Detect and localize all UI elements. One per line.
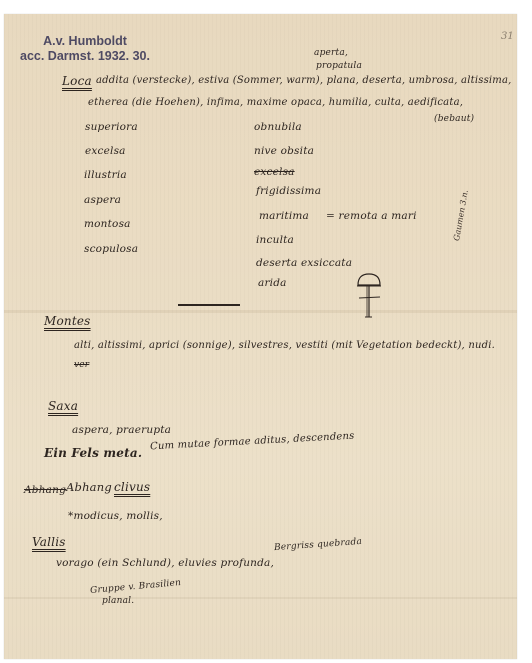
vallis-note-below-1: Gruppe v. Brasilien (90, 578, 182, 596)
heading-ein-fels: Ein Fels meta. (44, 446, 142, 460)
abhang-line-1: *modicus, mollis, (68, 510, 163, 522)
insert-propatula: propatula (316, 61, 362, 71)
loca-line-1: addita (verstecke), estiva (Sommer, warm… (96, 75, 512, 86)
section-divider (178, 304, 240, 306)
montes-line-1: alti, altissimi, aprici (sonnige), silve… (74, 340, 495, 351)
loca-right-4: maritima (259, 210, 309, 222)
loca-right-7: arida (258, 277, 287, 289)
loca-left-3: aspera (84, 194, 121, 206)
loca-left-0: superiora (85, 121, 138, 133)
vallis-note-quebrada: Bergriss quebrada (274, 537, 363, 553)
fold-line (4, 310, 517, 313)
maritima-equation: = remota a mari (326, 210, 417, 222)
loca-left-4: montosa (84, 218, 131, 230)
margin-note: Gaumen 3.n. (452, 189, 470, 241)
loca-right-3: frigidissima (256, 185, 321, 197)
loca-right-0: obnubila (254, 121, 302, 133)
stamp-line-1: A.v. Humboldt (20, 34, 150, 49)
montes-struck: ver (74, 360, 89, 370)
fold-line-lower (4, 597, 517, 599)
loca-left-2: illustria (84, 169, 127, 181)
loca-note-bebaut: (bebaut) (434, 114, 474, 124)
loca-right-1: nive obsita (254, 145, 314, 157)
loca-right-6: deserta exsiccata (256, 257, 352, 269)
heading-abhang: Abhang (66, 480, 112, 494)
heading-clivus: clivus (114, 480, 150, 494)
archive-stamp: A.v. Humboldt acc. Darmst. 1932. 30. (20, 34, 150, 64)
vallis-line-1: vorago (ein Schlund), eluvies profunda, (56, 557, 274, 569)
manuscript-page: A.v. Humboldt acc. Darmst. 1932. 30. 31 … (4, 14, 517, 659)
insert-aperta: aperta, (314, 48, 348, 58)
heading-saxa: Saxa (48, 399, 78, 413)
loca-right-5: inculta (256, 234, 294, 246)
ein-fels-continuation: Cum mutae formae aditus, descendens (150, 431, 355, 453)
saxa-line-1: aspera, praerupta (72, 424, 171, 436)
loca-line-2: etherea (die Hoehen), infima, maxime opa… (88, 97, 463, 108)
heading-loca: Loca (62, 74, 92, 88)
abhang-struck: Abhang (24, 484, 66, 496)
loca-left-1: excelsa (85, 145, 126, 157)
heading-vallis: Vallis (32, 535, 66, 549)
folio-number: 31 (501, 31, 514, 42)
vallis-note-below-2: planal. (102, 596, 134, 606)
loca-left-5: scopulosa (84, 243, 138, 255)
stamp-line-2: acc. Darmst. 1932. 30. (20, 49, 150, 64)
loca-right-2-struck: excelsa (254, 166, 295, 178)
mushroom-sketch-icon (354, 272, 384, 322)
heading-montes: Montes (44, 314, 91, 328)
